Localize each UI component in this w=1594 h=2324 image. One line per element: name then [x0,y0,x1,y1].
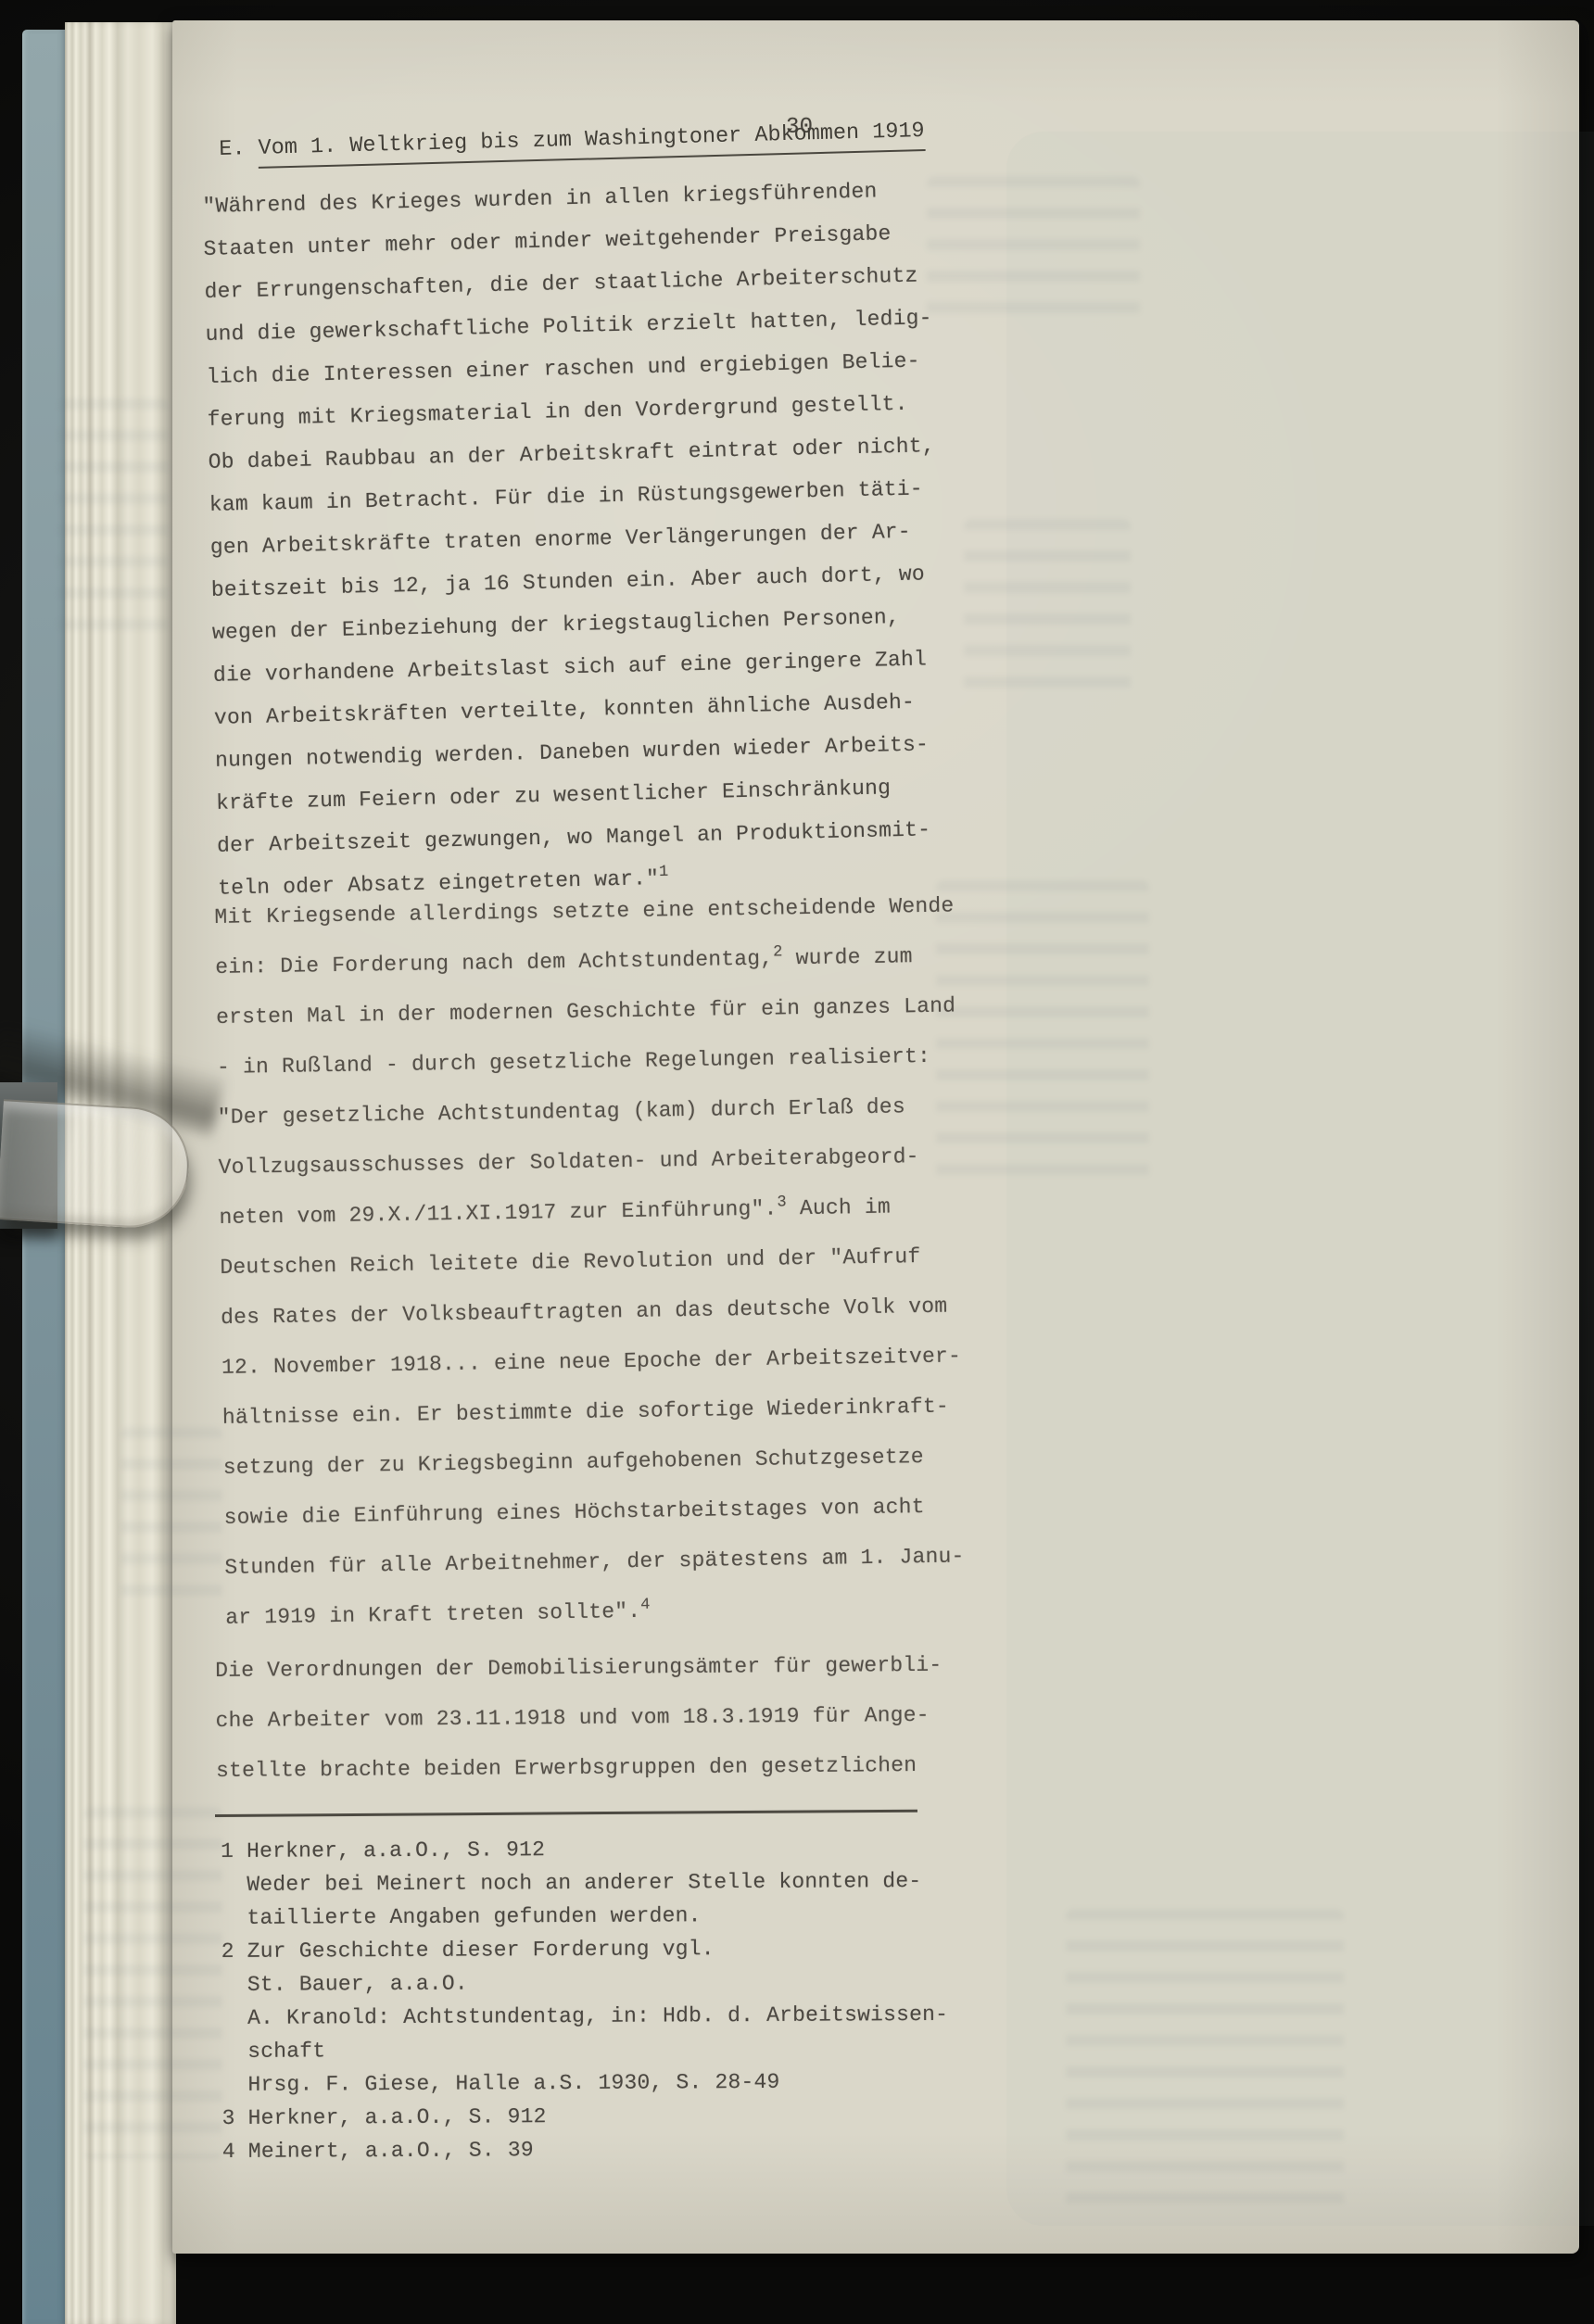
text-line: che Arbeiter vom 23.11.1918 und vom 18.3… [215,1690,942,1746]
text-line: St. Bauer, a.a.O. [221,1964,948,2002]
footnotes-block: 1 Herkner, a.a.O., S. 912 Weder bei Mein… [221,1831,949,2168]
text-line: Weder bei Meinert noch an anderer Stelle… [221,1864,947,1901]
text-line: A. Kranold: Achtstundentag, in: Hdb. d. … [221,1998,948,2035]
page-holder-clip [0,1099,193,1231]
text-line: Hrsg. F. Giese, Halle a.S. 1930, S. 28-4… [221,2065,948,2102]
ghost-text [57,398,169,639]
main-paragraph: Mit Kriegsende allerdings setzte eine en… [214,880,966,1642]
ghost-text [936,880,1149,1186]
text-line: stellte brachte beiden Erwerbsgruppen de… [216,1740,943,1796]
ghost-text [83,1807,222,2159]
ghost-text [120,1427,222,1612]
text-line: taillierte Angaben gefunden werden. [221,1898,947,1935]
quoted-paragraph: "Während des Krieges wurden in allen kri… [202,169,945,910]
text-line: 3 Herkner, a.a.O., S. 912 [222,2098,949,2135]
closing-paragraph: Die Verordnungen der Demobilisierungsämt… [215,1640,942,1796]
footnote-marker: 2 [773,943,783,961]
footnote-marker: 3 [777,1194,787,1211]
text-line: 1 Herkner, a.a.O., S. 912 [221,1831,947,1868]
ghost-text [964,519,1131,704]
footnote-marker: 1 [659,864,669,881]
text-line: schaft [221,2031,948,2068]
photographed-book-scene: 30 E. Vom 1. Weltkrieg bis zum Washingto… [0,0,1594,2324]
text-line: Die Verordnungen der Demobilisierungsämt… [215,1640,942,1696]
footnote-marker: 4 [640,1597,651,1614]
heading-prefix: E. [219,136,259,162]
ghost-text [927,176,1140,324]
ghost-text [1066,1909,1344,2215]
text-line: 2 Zur Geschichte dieser Forderung vgl. [221,1931,948,1968]
text-line: 4 Meinert, a.a.O., S. 39 [222,2131,949,2168]
